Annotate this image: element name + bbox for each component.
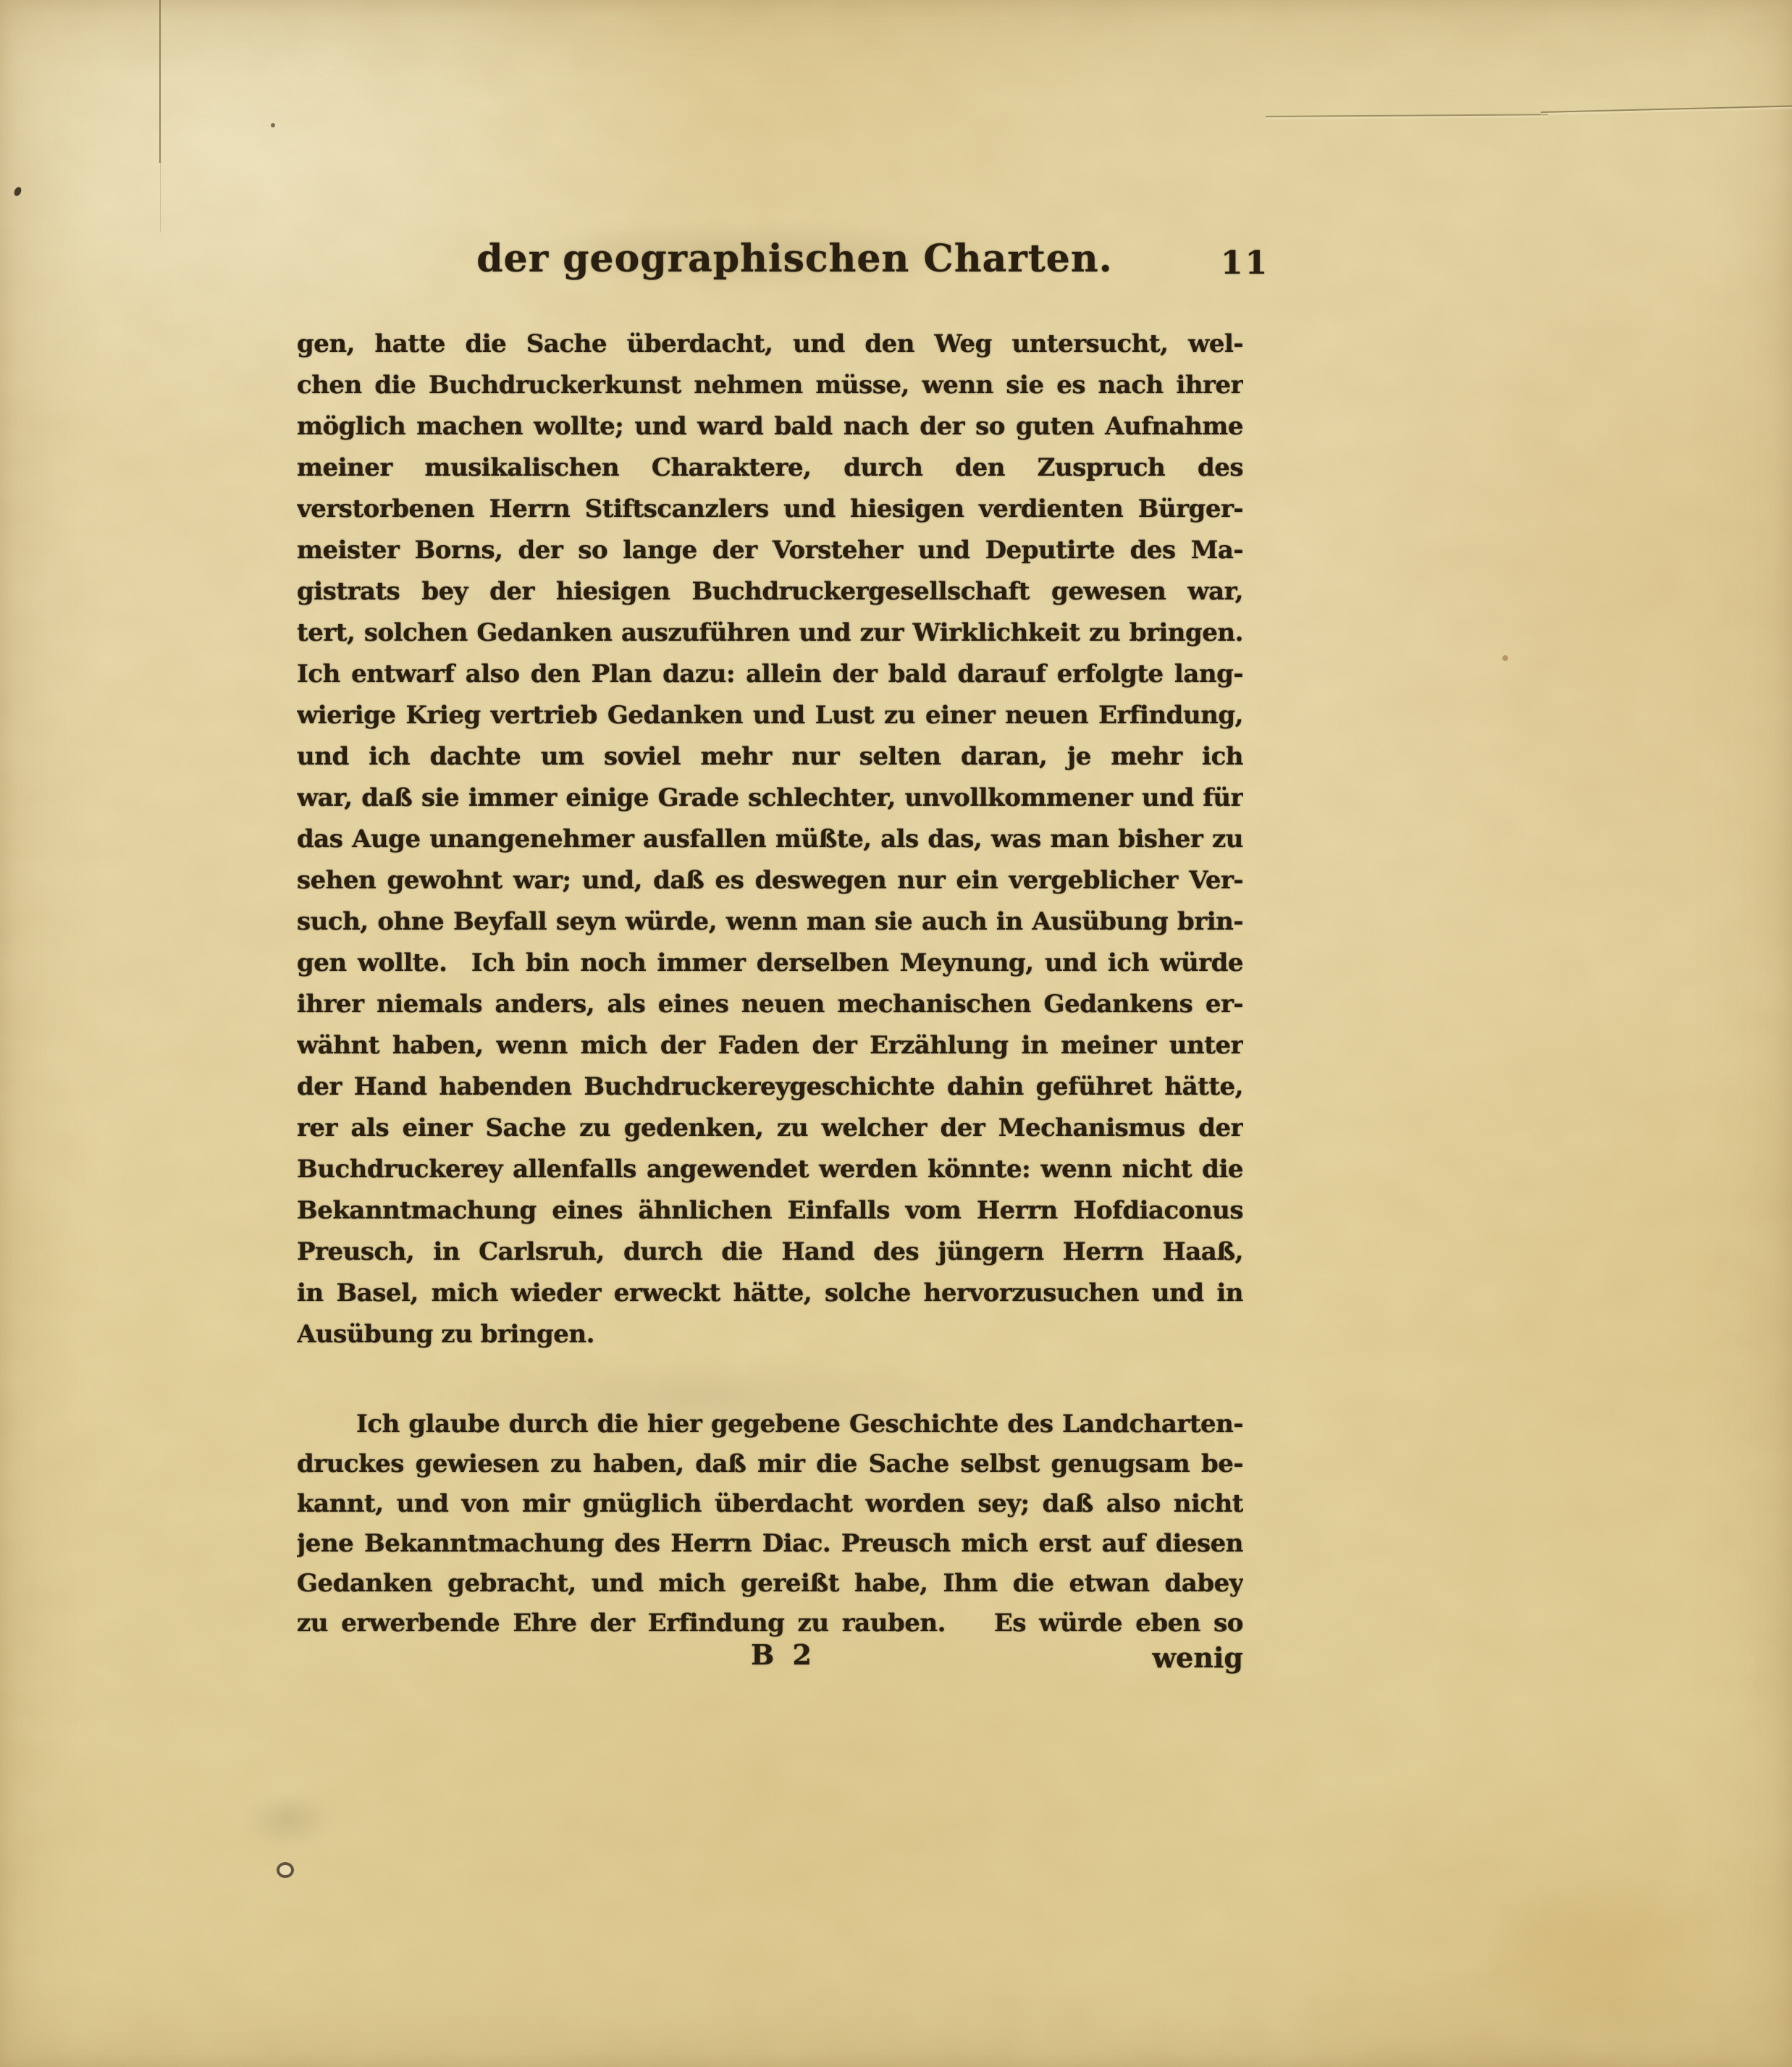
body-line: der Hand habenden Buchdruckereygeschicht… xyxy=(297,1066,1243,1108)
page-number: 11 xyxy=(1221,243,1269,284)
ink-speck xyxy=(13,186,23,198)
body-line: kannt, und von mir gnüglich überdacht wo… xyxy=(297,1484,1243,1524)
body-line: Buchdruckerey allenfalls angewendet werd… xyxy=(297,1149,1243,1190)
body-text: gen, hatte die Sache überdacht, und den … xyxy=(297,324,1243,1643)
body-line: und ich dachte um soviel mehr nur selten… xyxy=(297,736,1243,778)
ink-ring-spot xyxy=(277,1862,294,1878)
body-line: such, ohne Beyfall seyn würde, wenn man … xyxy=(297,901,1243,943)
body-line: Bekanntmachung eines ähnlichen Einfalls … xyxy=(297,1190,1243,1232)
body-line: meiner musikalischen Charaktere, durch d… xyxy=(297,447,1243,489)
body-line: Preusch, in Carlsruh, durch die Hand des… xyxy=(297,1232,1243,1273)
body-line: gen wollte. Ich bin noch immer derselben… xyxy=(297,943,1243,984)
foxing-spot xyxy=(1502,655,1508,661)
body-line: chen die Buchdruckerkunst nehmen müsse, … xyxy=(297,365,1243,406)
body-line: wähnt haben, wenn mich der Faden der Erz… xyxy=(297,1025,1243,1066)
horizontal-crease xyxy=(1266,114,1548,117)
body-line: ihrer niemals anders, als eines neuen me… xyxy=(297,984,1243,1025)
body-line: Ausübung zu bringen. xyxy=(297,1314,1243,1355)
book-page: der geographischen Charten. 11 gen, hatt… xyxy=(0,0,1792,2067)
body-line: in Basel, mich wieder erweckt hätte, sol… xyxy=(297,1273,1243,1314)
body-line: gistrats bey der hiesigen Buchdruckerges… xyxy=(297,571,1243,612)
vertical-crease xyxy=(159,0,161,163)
vertical-crease-fade xyxy=(160,163,161,232)
body-line: tert, solchen Gedanken auszuführen und z… xyxy=(297,612,1243,654)
body-line: war, daß sie immer einige Grade schlecht… xyxy=(297,778,1243,819)
horizontal-crease xyxy=(1541,105,1792,113)
running-header: der geographischen Charten. xyxy=(297,234,1243,285)
body-line: sehen gewohnt war; und, daß es deswegen … xyxy=(297,860,1243,901)
body-line: möglich machen wollte; und ward bald nac… xyxy=(297,406,1243,447)
body-line: meister Borns, der so lange der Vorstehe… xyxy=(297,530,1243,571)
body-line: jene Bekanntmachung des Herrn Diac. Preu… xyxy=(297,1524,1243,1564)
body-line: wierige Krieg vertrieb Gedanken und Lust… xyxy=(297,695,1243,736)
page-footer: B 2 wenig xyxy=(297,1635,1243,1675)
body-line: rer als einer Sache zu gedenken, zu welc… xyxy=(297,1108,1243,1149)
body-line: Gedanken gebracht, und mich gereißt habe… xyxy=(297,1564,1243,1604)
body-line: gen, hatte die Sache überdacht, und den … xyxy=(297,324,1243,365)
body-line: druckes gewiesen zu haben, daß mir die S… xyxy=(297,1444,1243,1484)
body-line: das Auge unangenehmer ausfallen müßte, a… xyxy=(297,819,1243,860)
body-line: Ich entwarf also den Plan dazu: allein d… xyxy=(297,654,1243,695)
paper-stain xyxy=(1441,1839,1788,2067)
ink-speck xyxy=(271,123,275,127)
running-header-title: der geographischen Charten. xyxy=(476,234,1112,285)
signature-mark: B 2 xyxy=(711,1635,856,1675)
body-line: Ich glaube durch die hier gegebene Gesch… xyxy=(297,1405,1243,1444)
catchword: wenig xyxy=(1152,1638,1243,1678)
showthrough-smudge xyxy=(233,1785,342,1854)
body-line: verstorbenen Herrn Stiftscanzlers und hi… xyxy=(297,489,1243,530)
